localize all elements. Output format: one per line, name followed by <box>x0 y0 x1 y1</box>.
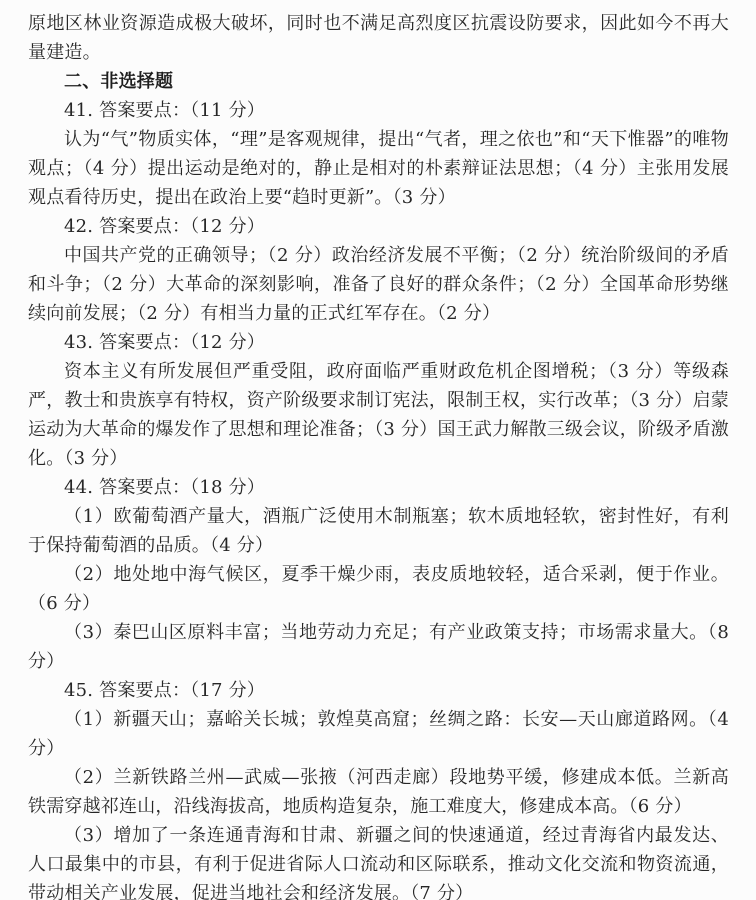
answer-45-item-1: （1）新疆天山；嘉峪关长城；敦煌莫高窟；丝绸之路：长安—天山廊道路网。（4 分） <box>28 705 729 763</box>
answer-45-label: 45. 答案要点：（17 分） <box>28 676 729 705</box>
answer-41-text: 认为“气”物质实体，“理”是客观规律，提出“气者，理之依也”和“天下惟器”的唯物… <box>28 125 729 212</box>
answer-43-text: 资本主义有所发展但严重受阻，政府面临严重财政危机企图增税；（3 分）等级森严，教… <box>28 357 729 473</box>
answer-45-item-2: （2）兰新铁路兰州—武威—张掖（河西走廊）段地势平缓，修建成本低。兰新高铁需穿越… <box>28 763 729 821</box>
answer-44-item-2: （2）地处地中海气候区，夏季干燥少雨，表皮质地较轻，适合采剥，便于作业。（6 分… <box>28 560 729 618</box>
answer-42-label: 42. 答案要点：（12 分） <box>28 212 729 241</box>
carryover-paragraph: 原地区林业资源造成极大破坏，同时也不满足高烈度区抗震设防要求，因此如今不再大量建… <box>28 9 729 67</box>
answer-45-item-3: （3）增加了一条连通青海和甘肃、新疆之间的快速通道，经过青海省内最发达、人口最集… <box>28 821 729 900</box>
section-heading: 二、非选择题 <box>28 67 729 96</box>
answer-44-label: 44. 答案要点：（18 分） <box>28 473 729 502</box>
document-page: 原地区林业资源造成极大破坏，同时也不满足高烈度区抗震设防要求，因此如今不再大量建… <box>0 0 756 900</box>
answer-41-label: 41. 答案要点：（11 分） <box>28 96 729 125</box>
answer-42-text: 中国共产党的正确领导；（2 分）政治经济发展不平衡；（2 分）统治阶级间的矛盾和… <box>28 241 729 328</box>
document-content: 原地区林业资源造成极大破坏，同时也不满足高烈度区抗震设防要求，因此如今不再大量建… <box>28 9 729 900</box>
answer-43-label: 43. 答案要点：（12 分） <box>28 328 729 357</box>
answer-44-item-1: （1）欧葡萄酒产量大，酒瓶广泛使用木制瓶塞；软木质地轻软，密封性好，有利于保持葡… <box>28 502 729 560</box>
answer-44-item-3: （3）秦巴山区原料丰富；当地劳动力充足；有产业政策支持；市场需求量大。（8 分） <box>28 618 729 676</box>
